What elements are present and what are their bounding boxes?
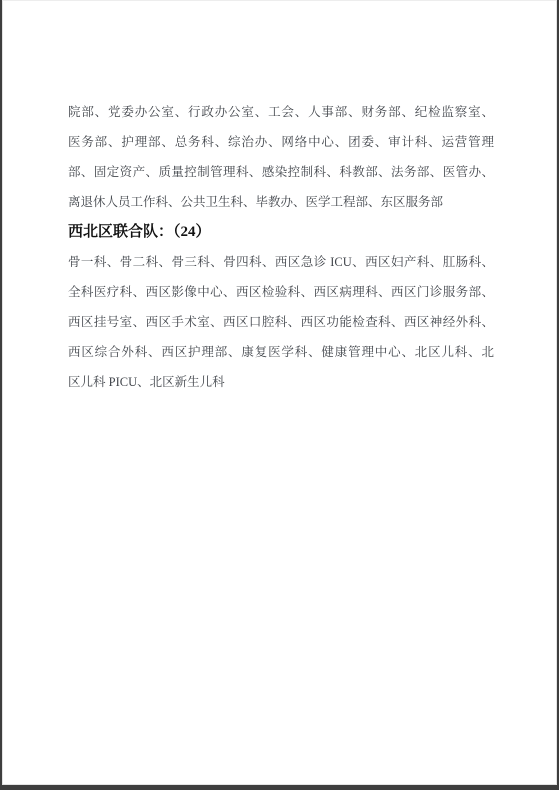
text-line: 骨一科、骨二科、骨三科、骨四科、西区急诊 ICU、西区妇产科、肛肠科、 xyxy=(68,247,494,277)
paragraph-departments: 院部、党委办公室、行政办公室、工会、人事部、财务部、纪检监察室、 医务部、护理部… xyxy=(68,97,494,217)
text-line: 区儿科 PICU、北区新生儿科 xyxy=(68,367,494,397)
text-line: 部、固定资产、质量控制管理科、感染控制科、科教部、法务部、医管办、 xyxy=(68,157,494,187)
text-line: 院部、党委办公室、行政办公室、工会、人事部、财务部、纪检监察室、 xyxy=(68,97,494,127)
text-line: 西区挂号室、西区手术室、西区口腔科、西区功能检查科、西区神经外科、 xyxy=(68,307,494,337)
document-viewer: { "page": { "background_color": "#ffffff… xyxy=(0,0,559,790)
text-block: 院部、党委办公室、行政办公室、工会、人事部、财务部、纪检监察室、 医务部、护理部… xyxy=(68,97,494,397)
text-line: 医务部、护理部、总务科、综治办、网络中心、团委、审计科、运营管理 xyxy=(68,127,494,157)
text-line: 离退休人员工作科、公共卫生科、毕教办、医学工程部、东区服务部 xyxy=(68,187,494,217)
text-line: 全科医疗科、西区影像中心、西区检验科、西区病理科、西区门诊服务部、 xyxy=(68,277,494,307)
section-heading: 西北区联合队：（24） xyxy=(68,217,494,247)
text-line: 西区综合外科、西区护理部、康复医学科、健康管理中心、北区儿科、北 xyxy=(68,337,494,367)
paragraph-northwest-team: 骨一科、骨二科、骨三科、骨四科、西区急诊 ICU、西区妇产科、肛肠科、 全科医疗… xyxy=(68,247,494,397)
document-page: 院部、党委办公室、行政办公室、工会、人事部、财务部、纪检监察室、 医务部、护理部… xyxy=(2,0,557,785)
